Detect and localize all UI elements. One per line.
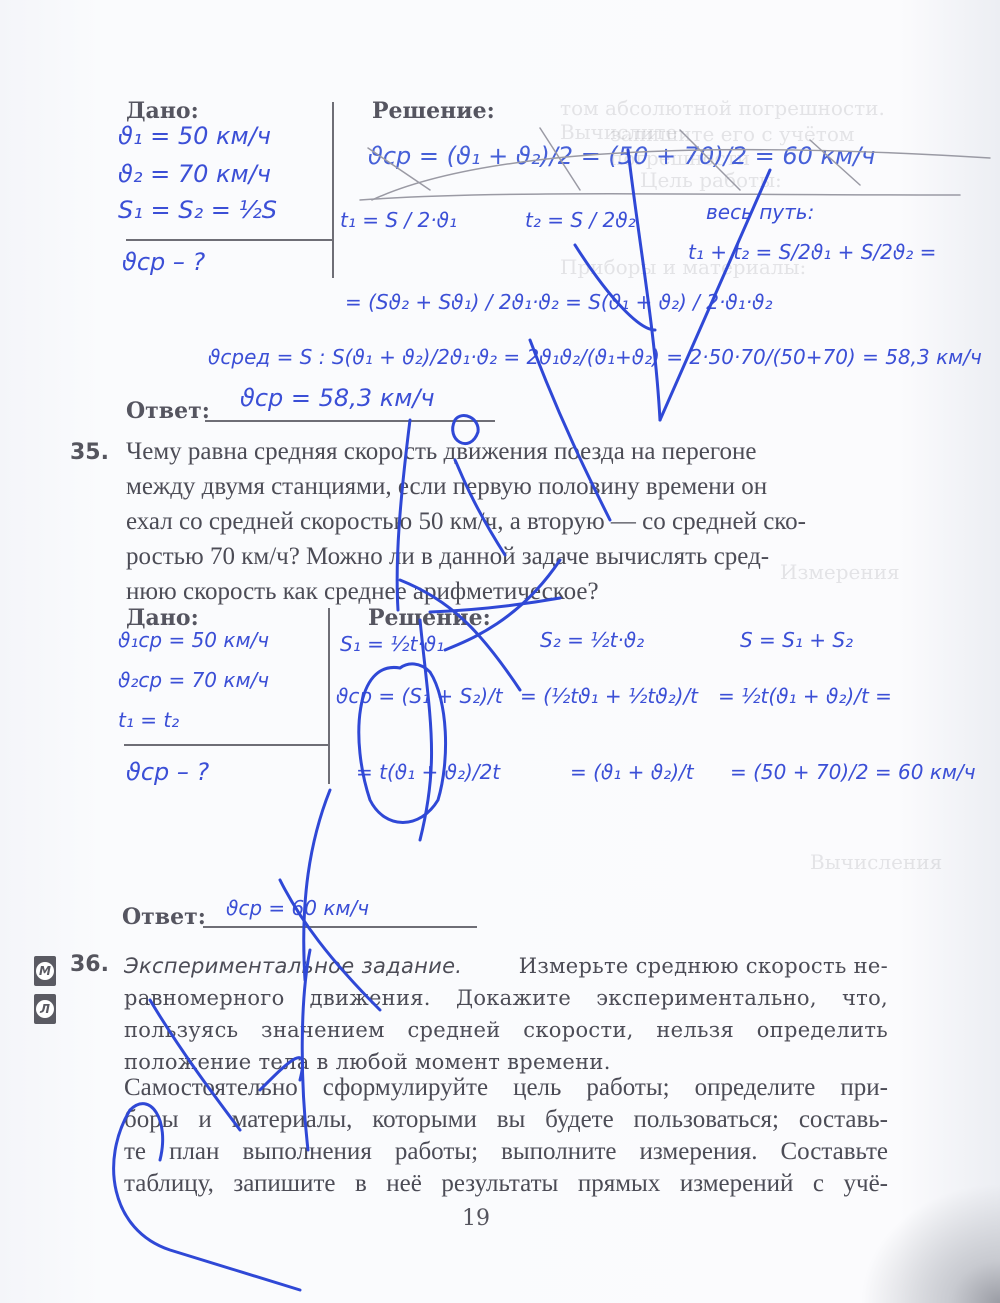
- page-number: 19: [462, 1206, 490, 1231]
- task-36-line: те план выполнения работы; выполните изм…: [124, 1136, 888, 1168]
- given-label: Дано:: [126, 98, 199, 124]
- task-36-line: Измерьте среднюю скорость не-: [519, 950, 888, 982]
- task-36-line: пользуясь значением средней скорости, не…: [124, 1014, 888, 1046]
- task-36-line: боры и материалы, которыми вы будете пол…: [124, 1104, 888, 1136]
- given-v2: ϑ₂ср = 70 км/ч: [118, 668, 269, 692]
- task-36-line: равномерного движения. Докажите эксперим…: [124, 982, 888, 1014]
- crossed-out-formula: ϑср = (ϑ₁ + ϑ₂)/2 = (50 + 70)/2 = 60 км/…: [368, 142, 875, 170]
- answer-label: Ответ:: [126, 398, 210, 424]
- given-separator: [124, 744, 330, 746]
- task-35-line: между двумя станциями, если первую полов…: [126, 469, 888, 504]
- formula-step2: = (Sϑ₂ + Sϑ₁) / 2ϑ₁·ϑ₂ = S(ϑ₁ + ϑ₂) / 2·…: [345, 290, 772, 314]
- task-36-text-b: Самостоятельно сформулируйте цель работы…: [124, 1072, 888, 1200]
- given-t: t₁ = t₂: [118, 708, 179, 732]
- task-35-line: ехал со средней скоростью 50 км/ч, а вто…: [126, 504, 888, 539]
- task-36-line: таблицу, запишите в неё результаты прямы…: [124, 1168, 888, 1200]
- given-v1: ϑ₁ср = 50 км/ч: [118, 628, 269, 652]
- task-36-line: Самостоятельно сформулируйте цель работы…: [124, 1072, 888, 1104]
- bleed-through-text: Цель работы:: [640, 168, 782, 192]
- formula-line2a: ϑср = (S₁ + S₂)/t: [336, 684, 503, 708]
- formula-s1: S₁ = ½t·ϑ₁: [340, 632, 444, 656]
- formula-t-sum: t₁ + t₂ = S/2ϑ₁ + S/2ϑ₂ =: [688, 240, 936, 264]
- badge-m-letter: М: [36, 962, 54, 980]
- formula-line3c: = (50 + 70)/2 = 60 км/ч: [730, 760, 976, 784]
- given-divider: [332, 102, 334, 278]
- bleed-through-text: Вычисления: [810, 850, 942, 874]
- answer-value: ϑср = 60 км/ч: [226, 896, 369, 920]
- task-35-text: Чему равна средняя скорость движения пое…: [126, 434, 888, 609]
- given-v1: ϑ₁ = 50 км/ч: [118, 122, 271, 150]
- formula-s2: S₂ = ½t·ϑ₂: [540, 628, 644, 652]
- given-find: ϑср – ?: [126, 758, 209, 786]
- answer-line: [203, 926, 477, 928]
- formula-line2b: = (½tϑ₁ + ½tϑ₂)/t: [520, 684, 698, 708]
- solution-label: Решение:: [368, 605, 491, 631]
- task-35-line: ростью 70 км/ч? Можно ли в данной задаче…: [126, 539, 888, 574]
- answer-line: [205, 420, 495, 422]
- task-35-line: нюю скорость как среднее арифметическое?: [126, 574, 888, 609]
- formula-t2: t₂ = S / 2ϑ₂: [525, 208, 636, 232]
- given-v2: ϑ₂ = 70 км/ч: [118, 160, 271, 188]
- task-35-line: Чему равна средняя скорость движения пое…: [126, 434, 888, 469]
- given-divider: [328, 608, 330, 784]
- formula-t1: t₁ = S / 2·ϑ₁: [340, 208, 457, 232]
- task-number-36: 36.: [70, 952, 109, 977]
- answer-value: ϑср = 58,3 км/ч: [240, 384, 435, 412]
- solution-label: Решение:: [372, 98, 495, 124]
- whole-path-label: весь путь:: [706, 200, 814, 224]
- formula-line3b: = (ϑ₁ + ϑ₂)/t: [570, 760, 694, 784]
- task-number-35: 35.: [70, 440, 109, 465]
- given-find: ϑср – ?: [122, 248, 205, 276]
- page-shadow: [860, 1183, 1000, 1303]
- badge-l-letter: Л: [36, 1000, 54, 1018]
- formula-line3a: = t(ϑ₁ + ϑ₂)/2t: [356, 760, 500, 784]
- badge-m-icon: М: [34, 956, 56, 986]
- given-separator: [126, 239, 334, 241]
- badge-l-icon: Л: [34, 994, 56, 1024]
- task-36-lead: Экспериментальное задание.: [124, 950, 462, 982]
- answer-label: Ответ:: [122, 904, 206, 930]
- formula-line2c: = ½t(ϑ₁ + ϑ₂)/t =: [718, 684, 892, 708]
- task-36-text: Экспериментальное задание. Измерьте сред…: [124, 950, 888, 1078]
- formula-s: S = S₁ + S₂: [740, 628, 853, 652]
- formula-step3: ϑсред = S : S(ϑ₁ + ϑ₂)/2ϑ₁·ϑ₂ = 2ϑ₁ϑ₂/(ϑ…: [208, 345, 982, 369]
- given-s: S₁ = S₂ = ½S: [118, 196, 277, 224]
